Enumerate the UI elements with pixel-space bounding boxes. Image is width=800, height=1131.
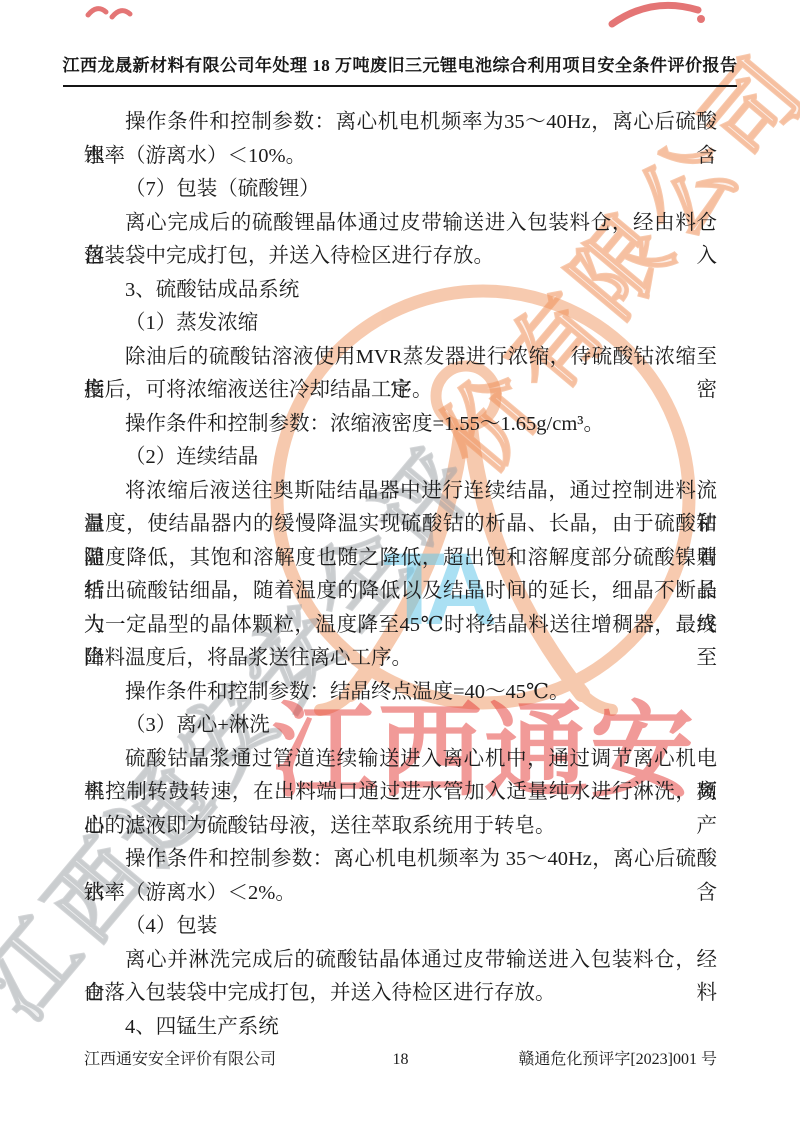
body-line: 硫酸钴晶浆通过管道连续输送进入离心机中，通过调节离心机电机频 (84, 743, 717, 777)
body-line: 离心完成后的硫酸锂晶体通过皮带输送进入包装料仓，经由料仓落入 (84, 207, 717, 241)
footer-company-name: 江西通安安全评价有限公司 (84, 1046, 371, 1069)
footer-page-number: 18 (371, 1051, 431, 1069)
body-line: 温度，使结晶器内的缓慢降温实现硫酸钴的析晶、长晶，由于硫酸钴随着 (84, 508, 717, 542)
body-line: （4）包装 (84, 910, 717, 944)
document-page: 江西通安安全评价有限公司 TA 江西通安 江西龙晟新材料有限公司年处理 18 万… (0, 0, 800, 1131)
body-line: 除油后的硫酸钴溶液使用MVR蒸发器进行浓缩，待硫酸钴浓缩至指定密 (84, 341, 717, 375)
header-rule (63, 85, 737, 87)
page-header-title: 江西龙晟新材料有限公司年处理 18 万吨废旧三元锂电池综合利用项目安全条件评价报… (0, 51, 800, 76)
body-line: 为一定晶型的晶体颗粒，温度降至45℃时将结晶料送往增稠器，最终降至 (84, 609, 717, 643)
body-line: 操作条件和控制参数：结晶终点温度=40～45℃。 (84, 676, 717, 710)
footer-document-number: 赣通危化预评字[2023]001 号 (431, 1046, 718, 1069)
body-line: （3）离心+淋洗 (84, 709, 717, 743)
body-line: 3、硫酸钴成品系统 (84, 274, 717, 308)
body-line: 将浓缩后液送往奥斯陆结晶器中进行连续结晶，通过控制进料流量和 (84, 475, 717, 509)
body-line: 操作条件和控制参数：离心机电机频率为 35～40Hz，离心后硫酸钴含 (84, 843, 717, 877)
body-line: 离心并淋洗完成后的硫酸钴晶体通过皮带输送进入包装料仓，经由料 (84, 944, 717, 978)
body-line: （1）蒸发浓缩 (84, 307, 717, 341)
page-footer: 江西通安安全评价有限公司 18 赣通危化预评字[2023]001 号 (84, 1046, 717, 1069)
red-stamp-fragment-icon (88, 5, 705, 24)
body-text: 操作条件和控制参数：离心机电机频率为35～40Hz，离心后硫酸锂含水率（游离水）… (84, 106, 717, 1044)
body-line: （2）连续结晶 (84, 441, 717, 475)
body-line: 操作条件和控制参数：浓缩液密度=1.55～1.65g/cm³。 (84, 408, 717, 442)
body-line: 操作条件和控制参数：离心机电机频率为35～40Hz，离心后硫酸锂含 (84, 106, 717, 140)
body-line: 4、四锰生产系统 (84, 1011, 717, 1045)
body-line: 析出硫酸钴细晶，随着温度的降低以及结晶时间的延长，细晶不断长大成 (84, 575, 717, 609)
body-line: 温度降低，其饱和溶解度也随之降低，超出饱和溶解度部分硫酸镍则结晶 (84, 542, 717, 576)
body-line: （7）包装（硫酸锂） (84, 173, 717, 207)
body-line: 率控制转鼓转速，在出料端口通过进水管加入适量纯水进行淋洗，离心产 (84, 776, 717, 810)
